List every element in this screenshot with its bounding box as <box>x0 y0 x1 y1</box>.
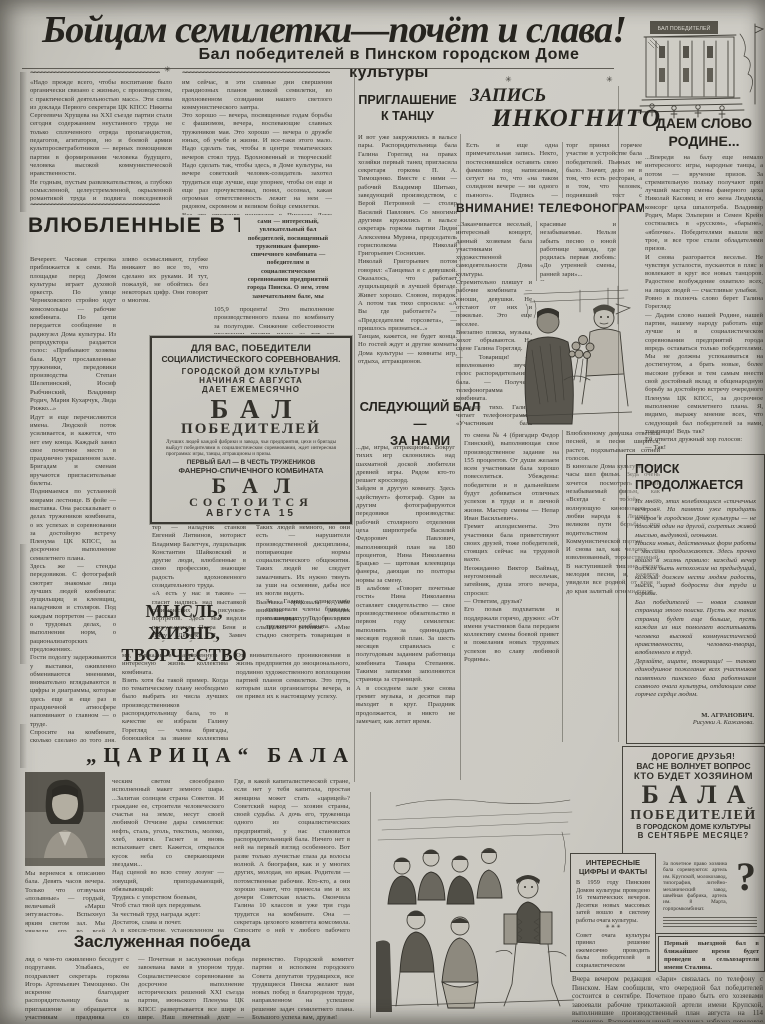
title-line: ИНКОГНИТО <box>464 106 666 132</box>
poisk-text: Их много, этих колеблющихся «спичечных в… <box>627 493 764 710</box>
lede-column-2: им сейчас, в эти славные дни свершения г… <box>182 79 332 215</box>
ad-line: ДОРОГИЕ ДРУЗЬЯ! <box>623 752 764 761</box>
ad-bal-large: БАЛ <box>152 396 350 422</box>
section-title-tsaritsa: „ЦАРИЦА“ БАЛА <box>86 742 352 768</box>
ad-microtext-rows <box>663 917 757 928</box>
poisk-box: ПОИСК ПРОДОЛЖАЕТСЯ Их много, этих колебл… <box>626 454 765 744</box>
first-visiting-ball-box: Первый выездной бал в ближайшее время бу… <box>658 936 765 972</box>
article-column: то смена № 4 (бригадир Федор Глинский), … <box>464 432 559 780</box>
wavy-rule: ~~~~~~~~~~~~~~~~~~~~~~~~~~~~~~~~~~~~~~~~… <box>182 70 330 78</box>
ball-announcement-box: ДЛЯ ВАС, ПОБЕДИТЕЛИ СОЦИАЛИСТИЧЕСКОГО СО… <box>150 336 352 524</box>
ad-bal-large-2: БАЛ <box>152 475 350 496</box>
wavy-rule: ~~~~~~~~~~~~~~~~~~~~~~~~~~~~~~~~~~~~~~~~… <box>30 70 160 78</box>
lede-column-1: «Надо прежде всего, чтобы воспитание был… <box>30 79 172 201</box>
article-column: Мы вернемся к описанию бала. Девять часо… <box>25 870 105 932</box>
article-column: ляд о чем-то оживленно беседует с подруг… <box>25 956 129 1022</box>
article-column: ми, вникали в напряженную и интересную ж… <box>122 652 228 740</box>
article-column: торг принял горячее участие в устройстве… <box>566 142 642 198</box>
scan-artifact <box>20 72 27 212</box>
ad-line: В СЕНТЯБРЕ МЕСЯЦЕ? <box>623 831 764 840</box>
title-line: МЫСЛЬ, ЖИЗНЬ, <box>108 600 260 644</box>
ad-line: ПЕРВЫЙ БАЛ — В ЧЕСТЬ ТРУЖЕНИКОВ <box>152 459 350 466</box>
facts-title: ЦИФРЫ И ФАКТЫ <box>571 867 655 876</box>
article-column: 105,9 процента! Это выполнение производс… <box>214 306 334 334</box>
ad-smallprint: Лучших людей каждой фабрики и завода, чь… <box>152 437 350 457</box>
column-rule <box>562 142 563 198</box>
ad-line: ВАС НЕ ВОЛНУЕТ ВОПРОС <box>623 761 764 771</box>
building-banner-text: БАЛ ПОБЕДИТЕЛЕЙ <box>658 24 711 32</box>
star-separator-icon: ✳ <box>505 76 512 84</box>
ad-line: ДАЕТ ЕЖЕМЕСЯЧНО <box>152 385 350 394</box>
article-column: ...Впереди на балу еще немало интересног… <box>645 154 763 450</box>
column-rule <box>536 221 537 281</box>
article-column: ческим светом своеобразно исполненный ма… <box>112 778 224 932</box>
ad-line: ПОБЕДИТЕЛЕЙ <box>623 808 764 823</box>
section-title-poisk: ПОИСК <box>635 461 764 477</box>
column-rule <box>354 70 355 782</box>
star-separator-icon: ✳ <box>606 76 613 84</box>
box-text: Первый выездной бал в ближайшее время бу… <box>659 937 764 972</box>
article-column: первенство. Городской комитет партии и и… <box>252 956 354 1022</box>
title-line: ЗАПИСЬ <box>464 86 666 106</box>
section-title-zasluga: Заслуженная победа <box>64 932 260 952</box>
article-column: Где, в какой капиталистической стране, е… <box>234 778 350 932</box>
star-separator-icon: ✳ <box>164 66 171 74</box>
facts-box: ИНТЕРЕСНЫЕ ЦИФРЫ И ФАКТЫ В 1959 году Пин… <box>570 853 656 972</box>
article-column: красивые и незабываемые. Нельзя забыть п… <box>540 221 616 281</box>
title-line: ДАЕМ СЛОВО <box>645 114 763 132</box>
illustration-credit: Рисунки А. Кажанова. <box>627 719 764 726</box>
wavy-rule: ~~~~~~~~~~~~~~~~~~~~~~~~~~~~~~~~~~~~~~~~… <box>30 202 160 210</box>
tsaritsa-photo <box>25 772 105 866</box>
newspaper-page: Бойцам семилетки—почёт и слава! Бал побе… <box>0 0 765 1024</box>
article-column: ...ды, игры, аттракционы. Вокруг тихих и… <box>356 444 455 780</box>
author-signature: М. АГРАНОВИЧ. <box>627 710 764 719</box>
column-rule <box>562 430 563 742</box>
article-column: От внимательного проникновения в жизнь п… <box>236 652 350 740</box>
section-title-priglashenie: ПРИГЛАШЕНИЕ К ТАНЦУ <box>358 92 457 124</box>
ad-line: ДЛЯ ВАС, ПОБЕДИТЕЛИ <box>152 343 350 354</box>
section-title-vlyublennye: ВЛЮБЛЕННЫЕ В ТРУД <box>28 214 240 238</box>
column-rule <box>370 792 371 1018</box>
ad-line: СОЦИАЛИСТИЧЕСКОГО СОРЕВНОВАНИЯ. <box>152 354 350 364</box>
facts-title: ИНТЕРЕСНЫЕ <box>571 858 655 867</box>
facts-text: В 1959 году Пинским Домом культуры прове… <box>571 876 655 925</box>
title-line: РОДИНЕ... <box>645 132 763 150</box>
scan-artifact <box>20 544 27 664</box>
article-column: Есть и еще одна примечательная запись. Н… <box>466 142 558 198</box>
ad-line: НАЧИНАЯ С АВГУСТА <box>152 376 350 385</box>
article-column: За Галину единодушно голосовали члены бр… <box>266 598 350 648</box>
ad-date: АВГУСТА 15 <box>152 508 350 520</box>
title-line: К ТАНЦУ <box>358 108 457 124</box>
ad-line: В ГОРОДСКОМ ДОМЕ КУЛЬТУРЫ <box>623 824 764 831</box>
facts-text: Совет очага культуры принял решение ежем… <box>571 931 655 972</box>
section-title-zapis: ЗАПИСЬ ИНКОГНИТО <box>464 86 666 132</box>
men-with-flowers-illustration <box>520 284 632 426</box>
column-rule <box>618 86 619 742</box>
masthead-rule <box>22 68 614 69</box>
accordion-crowd-illustration <box>376 792 574 1012</box>
ad-candidates: За почетное право хозяина бала соревнуют… <box>663 861 727 915</box>
section-title-vnimanie: ВНИМАНИЕ! ТЕЛЕФОНОГРАММА! <box>456 201 644 215</box>
ad-pobediteley-large: ПОБЕДИТЕЛЕЙ <box>152 422 350 437</box>
scan-artifact <box>20 724 27 768</box>
editorial-footnote: Вчера вечером редакция «Зари» связалась … <box>572 975 763 1022</box>
article-column: Вечереет. Часовая стрелка приближается к… <box>30 256 116 742</box>
ad-bala-large: БАЛА <box>623 782 764 808</box>
question-mark-icon: ? <box>736 857 756 897</box>
ad-line: ГОРОДСКОЙ ДОМ КУЛЬТУРЫ <box>152 367 350 376</box>
lede-continuation: сами — интересный, увлекательный бал поб… <box>242 218 334 302</box>
section-title-poisk: ПРОДОЛЖАЕТСЯ <box>635 477 764 493</box>
section-title-daem: ДАЕМ СЛОВО РОДИНЕ... <box>645 114 763 150</box>
article-column: зливо осмысливают, глубже вникают во все… <box>122 256 208 332</box>
title-line: ПРИГЛАШЕНИЕ <box>358 92 457 108</box>
ad-line: СОСТОИТСЯ <box>152 496 350 508</box>
article-column: И вот уже закружились в вальсе пары. Рас… <box>358 134 457 392</box>
article-column: — Почетная и заслуженная победа завоеван… <box>138 956 244 1022</box>
